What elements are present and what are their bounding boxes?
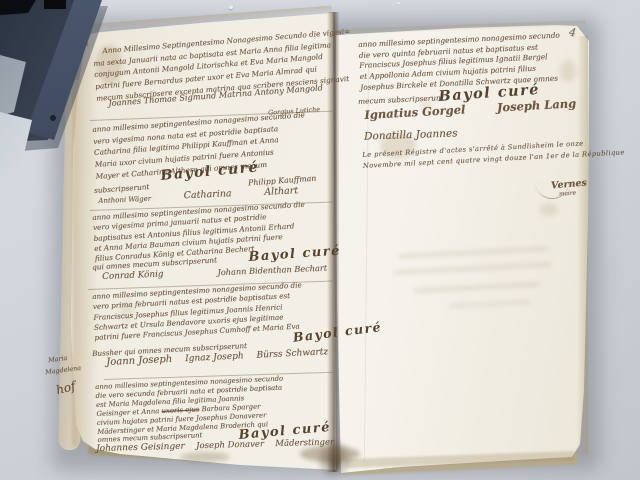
signature: Joseph Donaver: [196, 439, 264, 451]
film-clip: [0, 0, 140, 210]
film-clip-rivet: [50, 115, 56, 121]
dust-speck: [397, 2, 400, 4]
manuscript-photo: Anno Millesimo Septingentesimo Nonagesim…: [0, 0, 640, 480]
paper-stain: [560, 60, 576, 82]
page-edge-wear: [577, 36, 588, 454]
signature: Catharina: [183, 188, 231, 201]
dust-speck: [229, 6, 233, 9]
paper-stain: [300, 446, 360, 462]
official-title: maire: [559, 190, 576, 197]
struck-text: uxoris ejus: [161, 405, 199, 415]
film-clip-black-tab: [44, 0, 66, 9]
paper-stain: [180, 452, 230, 462]
signature: Mäderstinger: [275, 437, 334, 449]
signature: Althart: [264, 185, 298, 197]
paper-stain: [540, 203, 558, 216]
